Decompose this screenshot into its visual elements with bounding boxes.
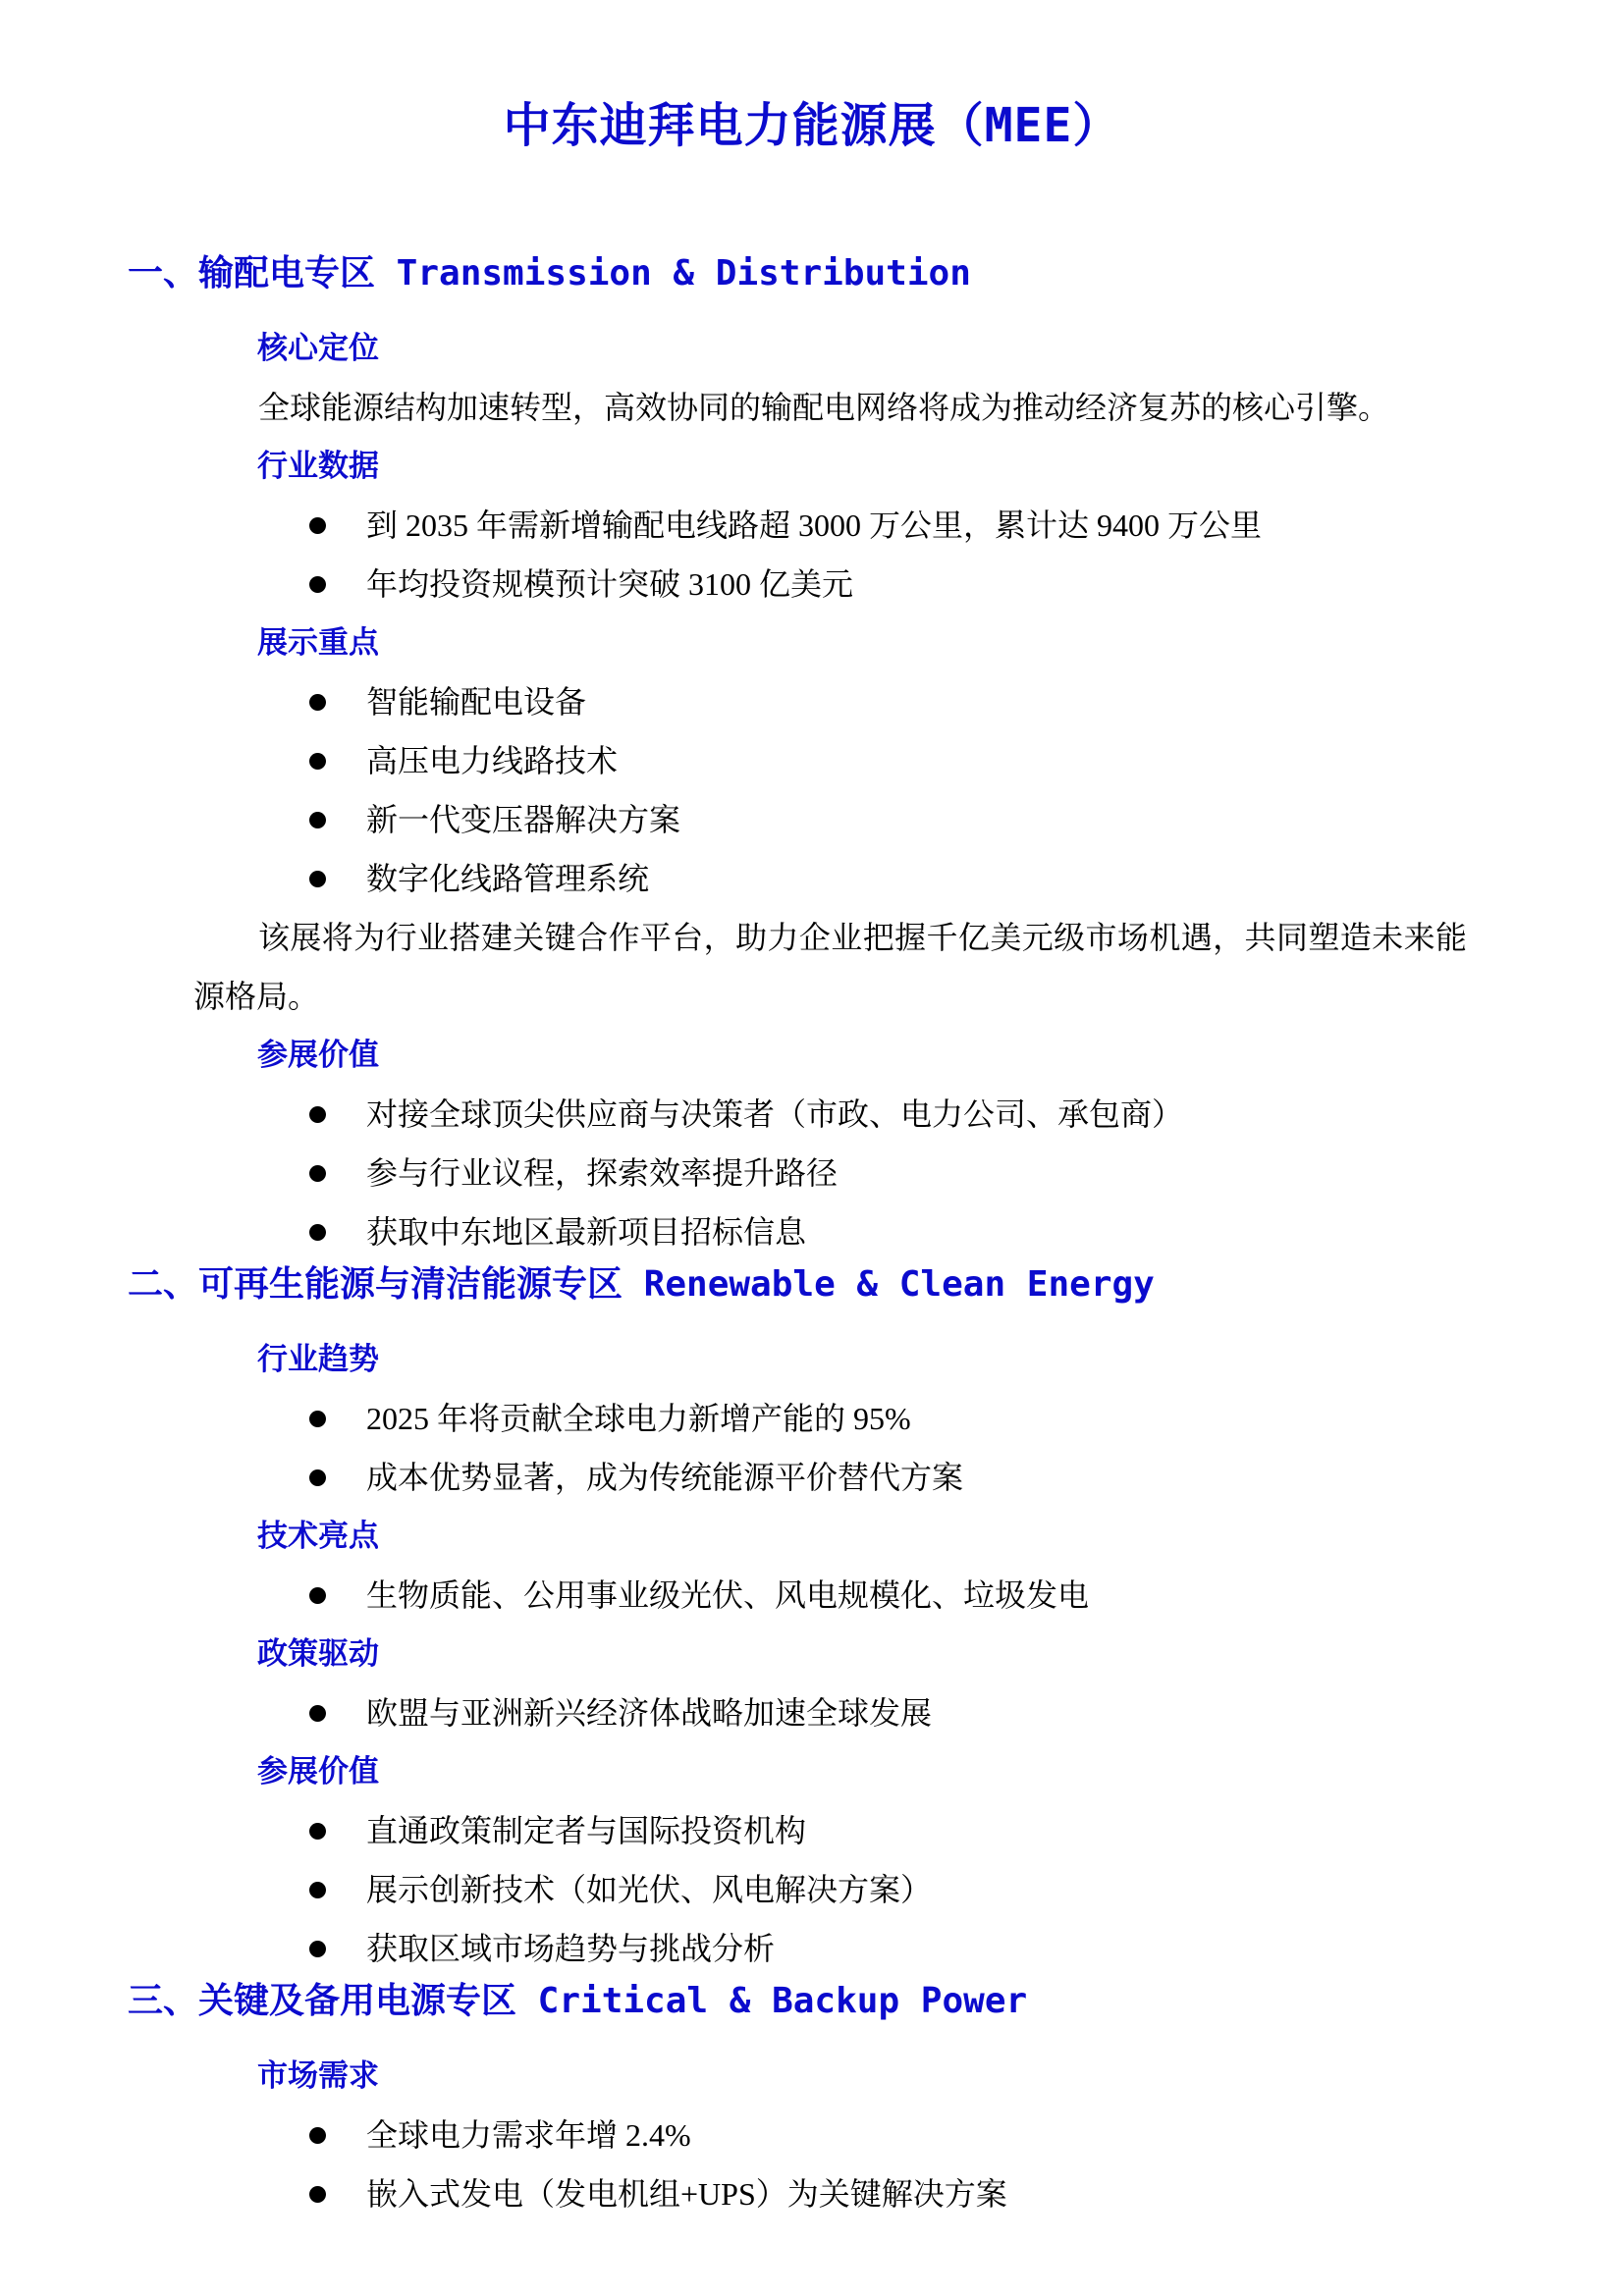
- subsection-heading: 行业趋势: [257, 1330, 1624, 1389]
- bullet-text: 智能输配电设备: [366, 672, 586, 731]
- bullet-marker-icon: [309, 576, 326, 593]
- bullet-marker-icon: [309, 1941, 326, 1957]
- bullet-marker-icon: [309, 1823, 326, 1840]
- bullet-marker-icon: [309, 753, 326, 770]
- bullet-text: 获取区域市场趋势与挑战分析: [366, 1919, 775, 1978]
- bullet-marker-icon: [309, 1882, 326, 1898]
- bullet-text: 年均投资规模预计突破 3100 亿美元: [366, 555, 853, 614]
- bullet-text: 2025 年将贡献全球电力新增产能的 95%: [366, 1389, 911, 1448]
- section-heading: 二、可再生能源与清洁能源专区 Renewable & Clean Energy: [128, 1261, 1624, 1308]
- document-section: 二、可再生能源与清洁能源专区 Renewable & Clean Energy行…: [0, 1261, 1624, 1978]
- bullet-text: 对接全球顶尖供应商与决策者（市政、电力公司、承包商）: [366, 1085, 1183, 1144]
- bullet-marker-icon: [309, 2186, 326, 2203]
- bullet-item: 全球电力需求年增 2.4%: [309, 2106, 1506, 2164]
- bullet-text: 到 2035 年需新增输配电线路超 3000 万公里，累计达 9400 万公里: [366, 496, 1262, 555]
- body-paragraph: 全球能源结构加速转型，高效协同的输配电网络将成为推动经济复苏的核心引擎。: [193, 378, 1467, 437]
- subsection-heading: 行业数据: [257, 437, 1624, 496]
- bullet-item: 年均投资规模预计突破 3100 亿美元: [309, 555, 1506, 614]
- bullet-text: 高压电力线路技术: [366, 731, 618, 790]
- bullet-item: 2025 年将贡献全球电力新增产能的 95%: [309, 1389, 1506, 1448]
- bullet-text: 欧盟与亚洲新兴经济体战略加速全球发展: [366, 1683, 932, 1742]
- bullet-marker-icon: [309, 1106, 326, 1123]
- bullet-item: 智能输配电设备: [309, 672, 1506, 731]
- bullet-item: 直通政策制定者与国际投资机构: [309, 1801, 1506, 1860]
- bullet-text: 成本优势显著，成为传统能源平价替代方案: [366, 1448, 963, 1507]
- bullet-item: 欧盟与亚洲新兴经济体战略加速全球发展: [309, 1683, 1506, 1742]
- bullet-item: 展示创新技术（如光伏、风电解决方案）: [309, 1860, 1506, 1919]
- subsection-heading: 政策驱动: [257, 1625, 1624, 1683]
- document-page: 中东迪拜电力能源展（MEE） 一、输配电专区 Transmission & Di…: [0, 0, 1624, 2296]
- section-heading: 三、关键及备用电源专区 Critical & Backup Power: [128, 1978, 1624, 2025]
- bullet-item: 嵌入式发电（发电机组+UPS）为关键解决方案: [309, 2164, 1506, 2223]
- document-section: 一、输配电专区 Transmission & Distribution核心定位全…: [0, 250, 1624, 1261]
- bullet-item: 生物质能、公用事业级光伏、风电规模化、垃圾发电: [309, 1566, 1506, 1625]
- bullet-text: 嵌入式发电（发电机组+UPS）为关键解决方案: [366, 2164, 1007, 2223]
- subsection-heading: 技术亮点: [257, 1507, 1624, 1566]
- section-heading: 一、输配电专区 Transmission & Distribution: [128, 250, 1624, 297]
- bullet-item: 高压电力线路技术: [309, 731, 1506, 790]
- bullet-marker-icon: [309, 812, 326, 828]
- bullet-marker-icon: [309, 1587, 326, 1604]
- bullet-item: 对接全球顶尖供应商与决策者（市政、电力公司、承包商）: [309, 1085, 1506, 1144]
- bullet-text: 全球电力需求年增 2.4%: [366, 2106, 691, 2164]
- bullet-marker-icon: [309, 1469, 326, 1486]
- bullet-item: 获取中东地区最新项目招标信息: [309, 1202, 1506, 1261]
- bullet-marker-icon: [309, 871, 326, 887]
- subsection-heading: 市场需求: [257, 2047, 1624, 2106]
- bullet-text: 参与行业议程，探索效率提升路径: [366, 1144, 838, 1202]
- subsection-heading: 参展价值: [257, 1742, 1624, 1801]
- document-section: 三、关键及备用电源专区 Critical & Backup Power市场需求全…: [0, 1978, 1624, 2223]
- bullet-marker-icon: [309, 1165, 326, 1182]
- bullet-text: 新一代变压器解决方案: [366, 790, 680, 849]
- bullet-marker-icon: [309, 1705, 326, 1722]
- bullet-item: 数字化线路管理系统: [309, 849, 1506, 908]
- bullet-item: 新一代变压器解决方案: [309, 790, 1506, 849]
- bullet-item: 成本优势显著，成为传统能源平价替代方案: [309, 1448, 1506, 1507]
- subsection-heading: 参展价值: [257, 1026, 1624, 1085]
- bullet-marker-icon: [309, 1224, 326, 1241]
- bullet-item: 获取区域市场趋势与挑战分析: [309, 1919, 1506, 1978]
- bullet-marker-icon: [309, 1411, 326, 1427]
- bullet-text: 展示创新技术（如光伏、风电解决方案）: [366, 1860, 932, 1919]
- bullet-text: 直通政策制定者与国际投资机构: [366, 1801, 806, 1860]
- document-body: 一、输配电专区 Transmission & Distribution核心定位全…: [0, 250, 1624, 2223]
- bullet-item: 参与行业议程，探索效率提升路径: [309, 1144, 1506, 1202]
- subsection-heading: 展示重点: [257, 614, 1624, 672]
- bullet-marker-icon: [309, 2127, 326, 2144]
- body-paragraph: 该展将为行业搭建关键合作平台，助力企业把握千亿美元级市场机遇，共同塑造未来能源格…: [193, 908, 1467, 1026]
- bullet-marker-icon: [309, 694, 326, 711]
- bullet-text: 数字化线路管理系统: [366, 849, 649, 908]
- subsection-heading: 核心定位: [257, 319, 1624, 378]
- bullet-text: 生物质能、公用事业级光伏、风电规模化、垃圾发电: [366, 1566, 1089, 1625]
- bullet-text: 获取中东地区最新项目招标信息: [366, 1202, 806, 1261]
- bullet-item: 到 2035 年需新增输配电线路超 3000 万公里，累计达 9400 万公里: [309, 496, 1506, 555]
- bullet-marker-icon: [309, 517, 326, 534]
- document-title: 中东迪拜电力能源展（MEE）: [0, 94, 1624, 157]
